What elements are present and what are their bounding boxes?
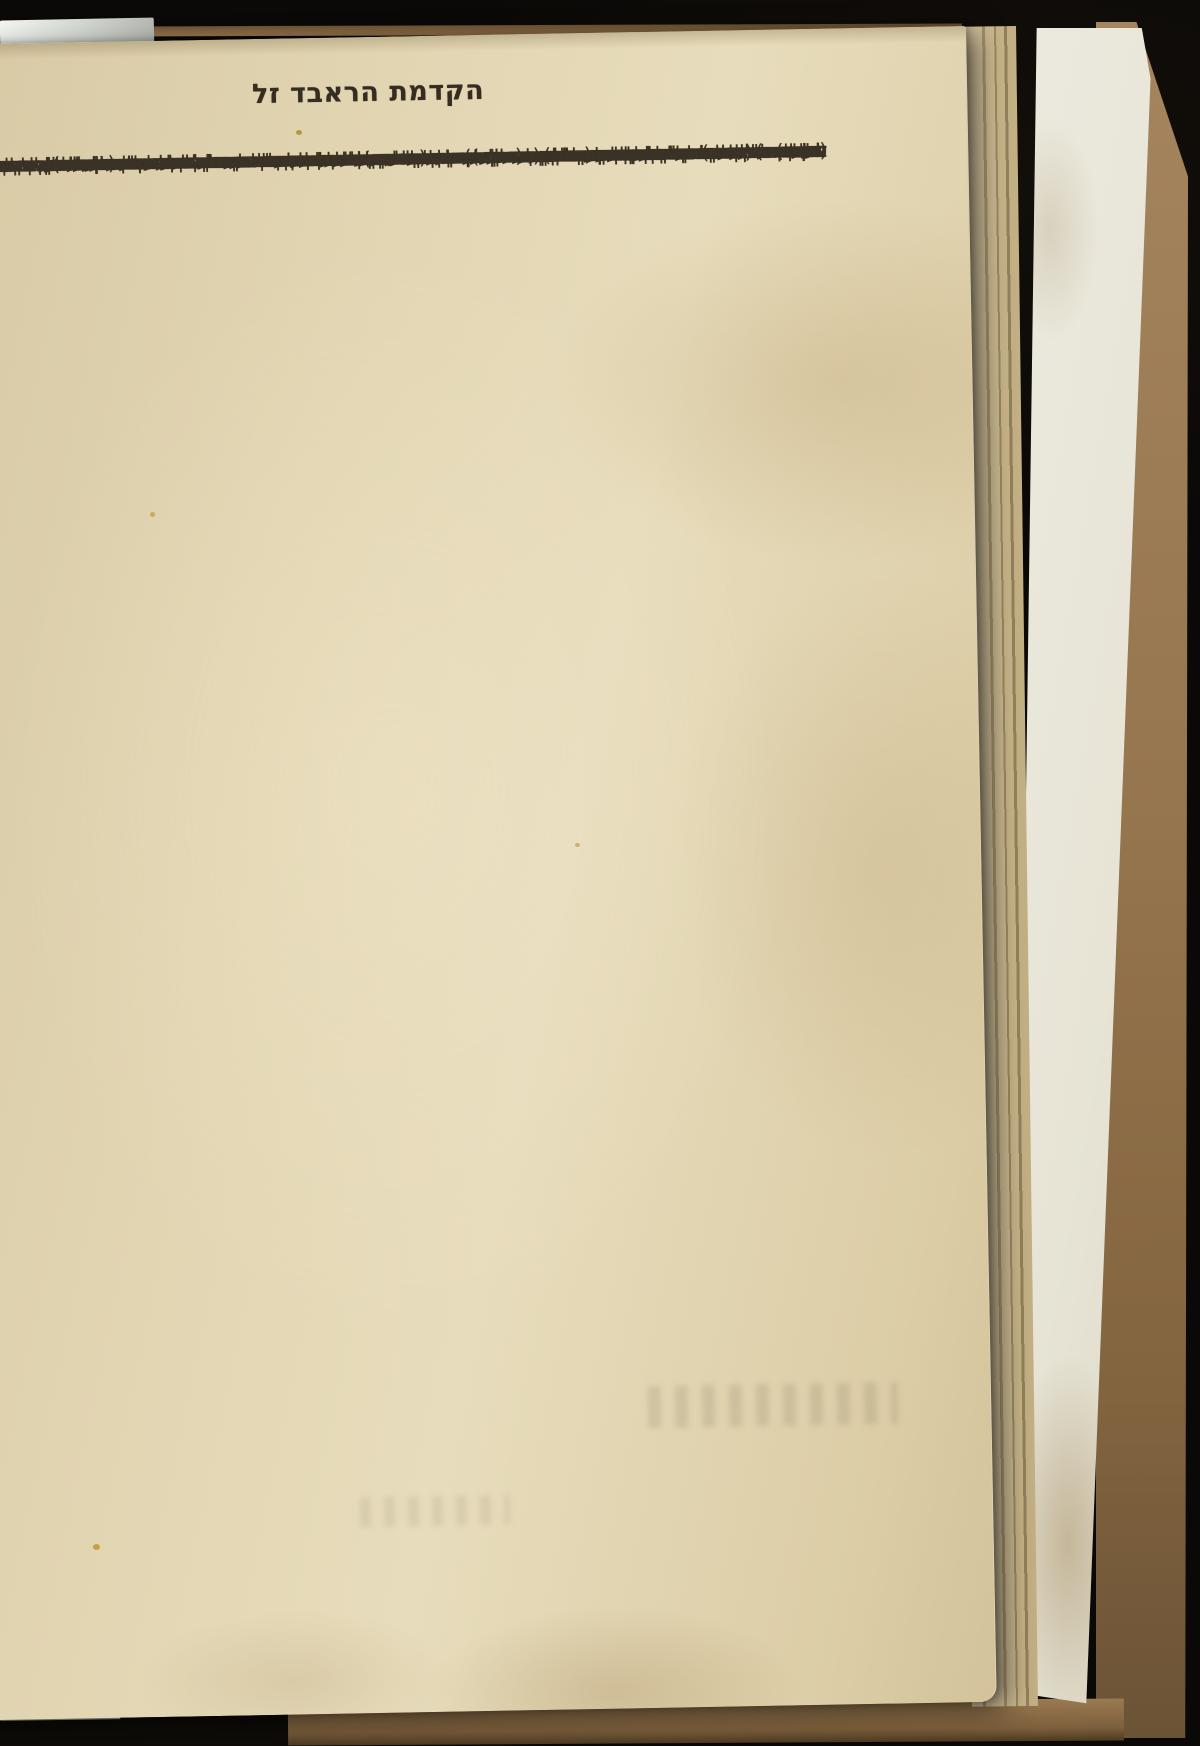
foxing-speck bbox=[296, 130, 302, 135]
show-through-smudge bbox=[648, 1382, 899, 1428]
foxing-speck bbox=[93, 1544, 100, 1550]
photo-scene: הקדמת הראבד זל ושטה הויות בלילה · כמצאת … bbox=[0, 0, 1200, 1746]
show-through-smudge-2 bbox=[360, 1495, 511, 1528]
manuscript-page: הקדמת הראבד זל ושטה הויות בלילה · כמצאת … bbox=[0, 26, 997, 1721]
foxing-speck bbox=[150, 512, 155, 517]
text-block: ושטה הויות בלילה · כמצאת אומ׳ שעש כל מעל… bbox=[0, 132, 827, 148]
text-line: זהים bbox=[92, 132, 828, 184]
foxing-speck bbox=[575, 843, 580, 847]
page-title: הקדמת הראבד זל bbox=[252, 75, 485, 115]
